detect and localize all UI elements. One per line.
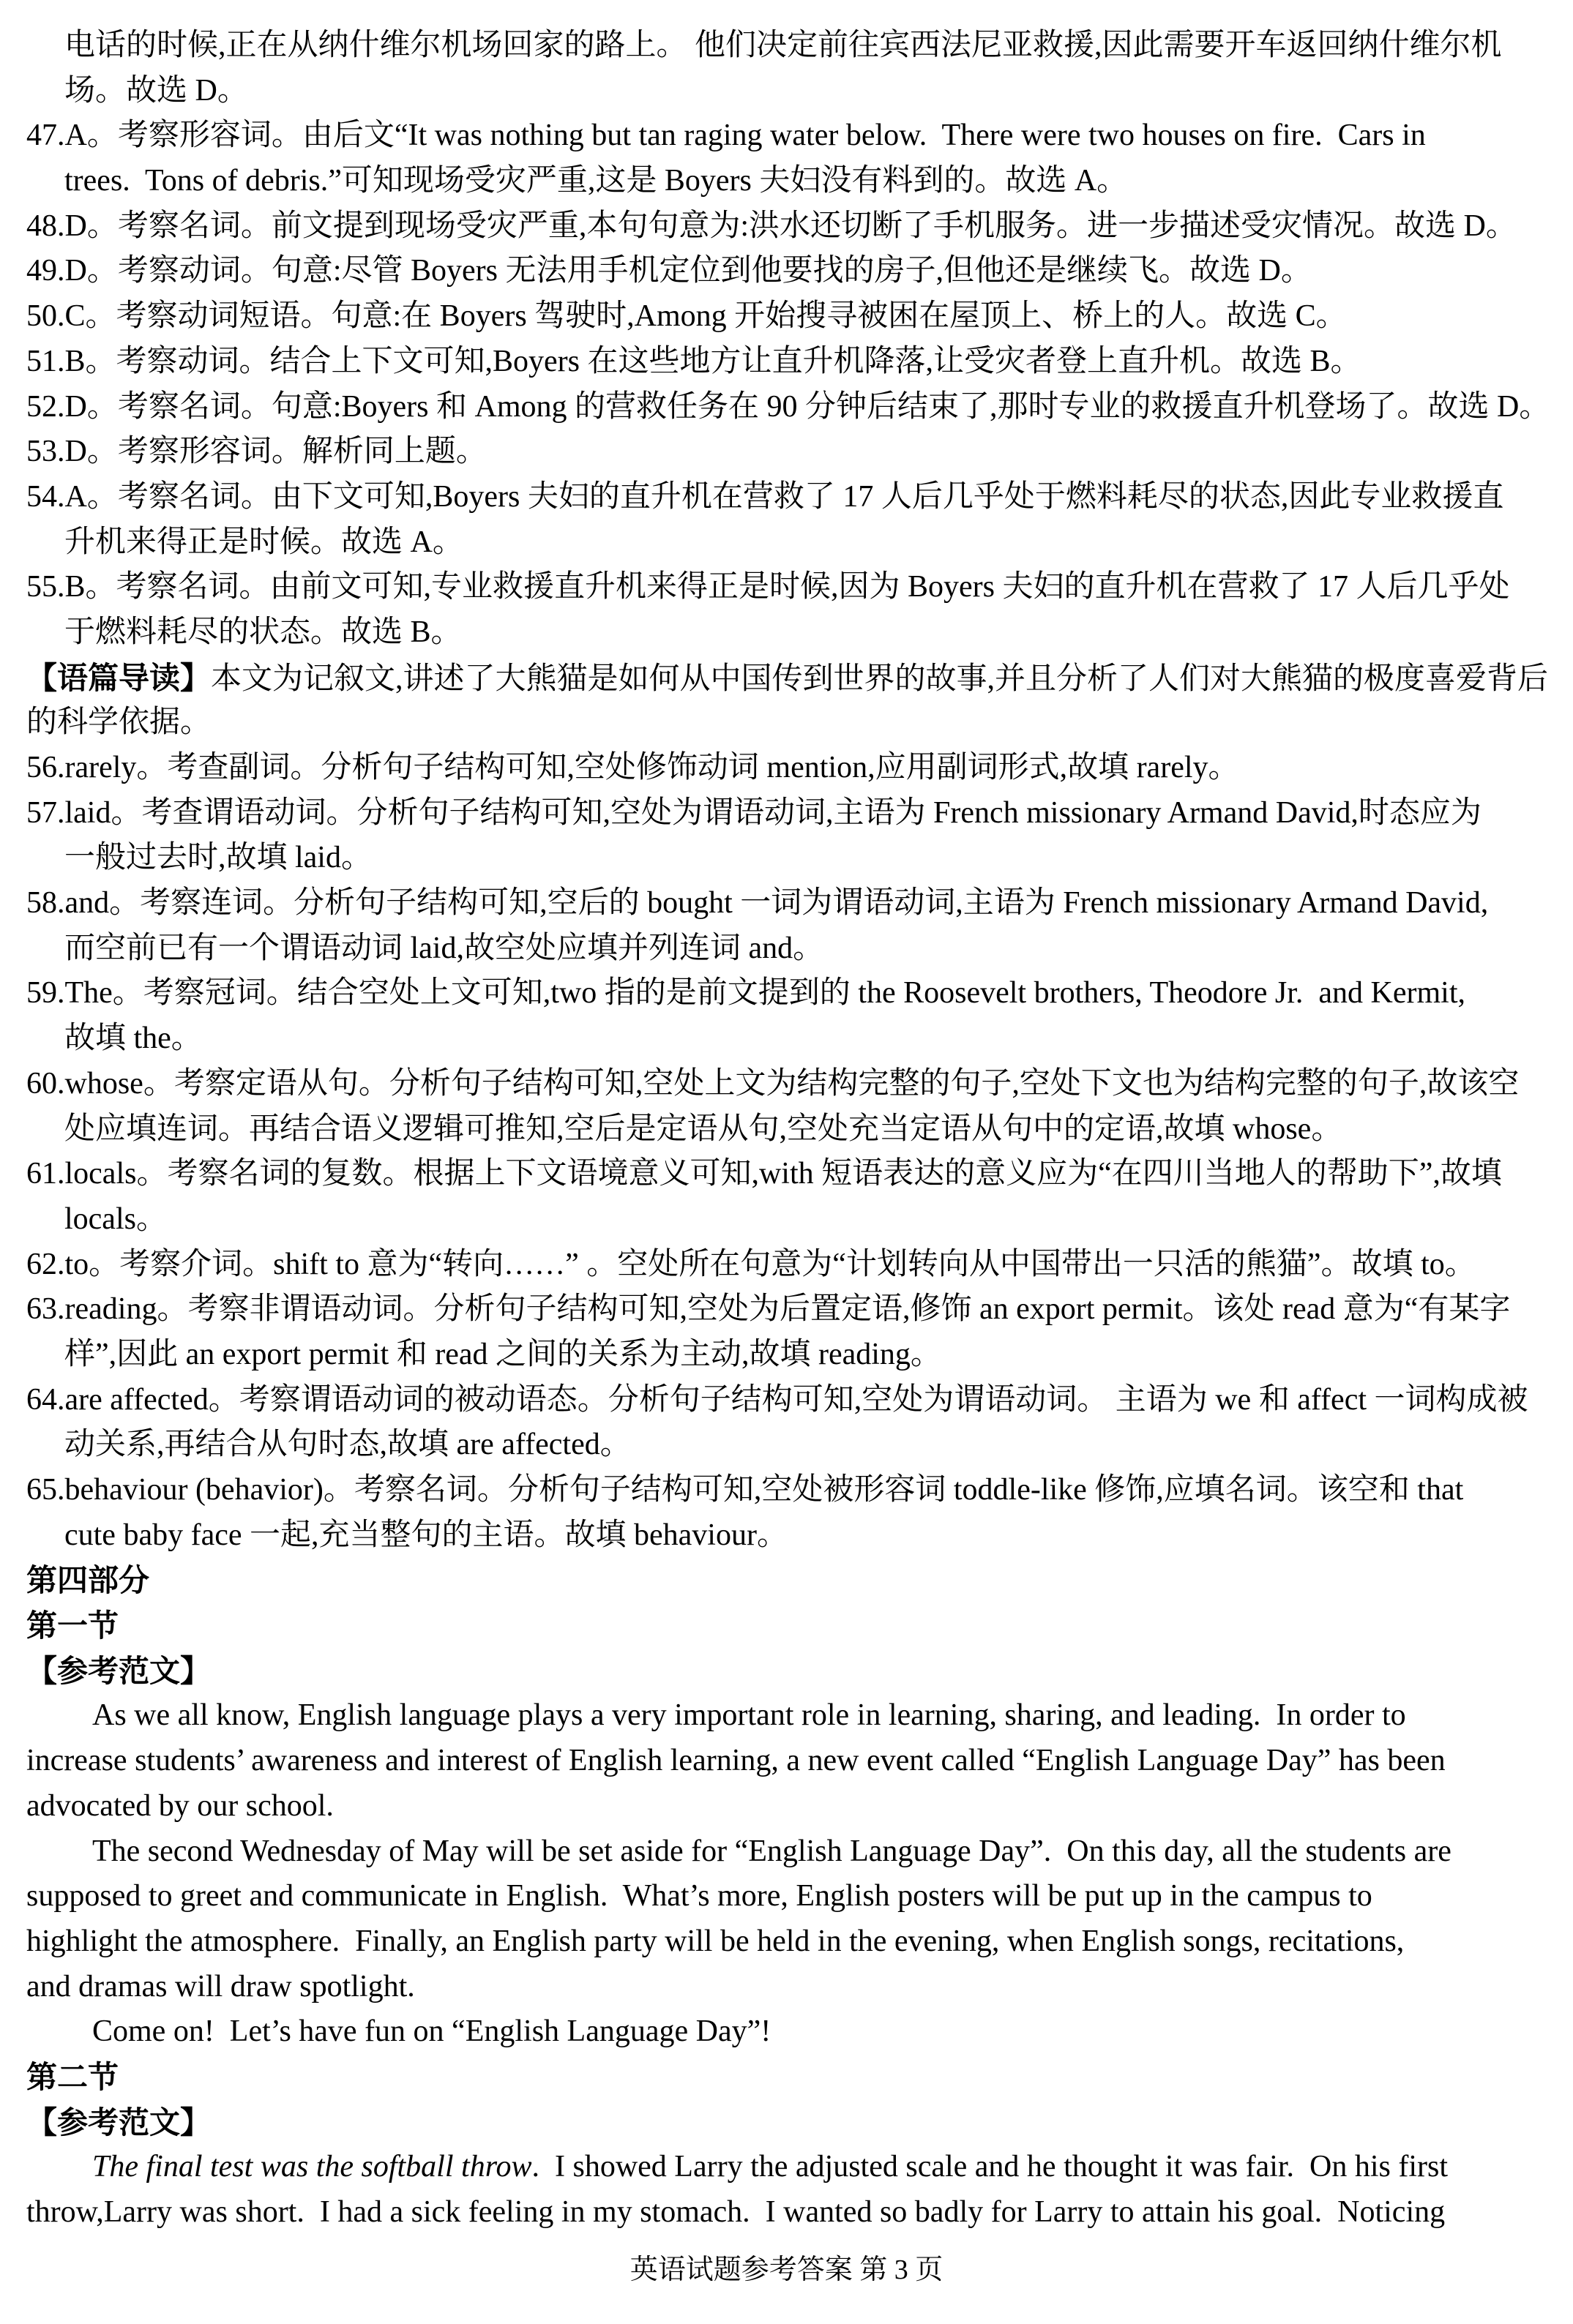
text-segment: 61.locals。考察名词的复数。根据上下文语境意义可知,with 短语表达的… [26, 1157, 1502, 1191]
text-segment: 54.A。考察名词。由下文可知,Boyers 夫妇的直升机在营救了 17 人后几… [26, 480, 1503, 514]
text-segment: locals。 [64, 1202, 167, 1236]
text-line: 48.D。考察名词。前文提到现场受灾严重,本句句意为:洪水还切断了手机服务。进一… [26, 204, 1544, 250]
text-segment: cute baby face 一起,充当整句的主语。故填 behaviour。 [64, 1518, 788, 1552]
text-line: The second Wednesday of May will be set … [26, 1829, 1544, 1875]
text-segment: 升机来得正是时候。故选 A。 [64, 525, 463, 559]
text-segment: increase students’ awareness and interes… [26, 1744, 1446, 1777]
text-segment: supposed to greet and communicate in Eng… [26, 1879, 1372, 1913]
text-segment: 59.The。考察冠词。结合空处上文可知,two 指的是前文提到的 the Ro… [26, 976, 1465, 1010]
text-line: 样”,因此 an export permit 和 read 之间的关系为主动,故… [26, 1332, 1544, 1378]
bold-heading-text: 第二节 [26, 2060, 119, 2094]
text-segment: 于燃料耗尽的状态。故选 B。 [64, 615, 462, 649]
text-line: 第二节 [26, 2055, 1544, 2100]
text-segment: 一般过去时,故填 laid。 [64, 841, 372, 874]
bold-heading-text: 第一节 [26, 1608, 119, 1643]
text-segment: throw,Larry was short. I had a sick feel… [26, 2195, 1445, 2229]
text-line: throw,Larry was short. I had a sick feel… [26, 2190, 1544, 2235]
text-segment: 53.D。考察形容词。解析同上题。 [26, 435, 487, 468]
text-segment: 52.D。考察名词。句意:Boyers 和 Among 的营救任务在 90 分钟… [26, 390, 1550, 424]
text-line: 49.D。考察动词。句意:尽管 Boyers 无法用手机定位到他要找的房子,但他… [26, 249, 1544, 294]
text-line: 故填 the。 [26, 1016, 1544, 1062]
text-segment: 样”,因此 an export permit 和 read 之间的关系为主动,故… [64, 1338, 941, 1371]
italic-text: The final test was the softball throw [92, 2150, 532, 2184]
text-line: 于燃料耗尽的状态。故选 B。 [26, 610, 1544, 656]
text-segment: highlight the atmosphere. Finally, an En… [26, 1924, 1404, 1958]
text-line: 50.C。考察动词短语。句意:在 Boyers 驾驶时,Among 开始搜寻被困… [26, 294, 1544, 340]
text-line: and dramas will draw spotlight. [26, 1965, 1544, 2010]
text-segment: 57.laid。考查谓语动词。分析句子结构可知,空处为谓语动词,主语为 Fren… [26, 796, 1482, 830]
page-footer: 英语试题参考答案 第 3 页 [0, 2252, 1573, 2287]
text-line: 62.to。考察介词。shift to 意为“转向……” 。空处所在句意为“计划… [26, 1242, 1544, 1288]
text-line: 60.whose。考察定语从句。分析句子结构可知,空处上文为结构完整的句子,空处… [26, 1062, 1544, 1107]
text-line: 场。故选 D。 [26, 69, 1544, 114]
bold-heading-text: 【参考范文】 [26, 2105, 211, 2140]
text-line: increase students’ awareness and interes… [26, 1739, 1544, 1784]
text-line: 的科学依据。 [26, 700, 1544, 746]
text-segment: 65.behaviour (behavior)。考察名词。分析句子结构可知,空处… [26, 1473, 1463, 1507]
text-line: 第四部分 [26, 1558, 1544, 1603]
text-line: 59.The。考察冠词。结合空处上文可知,two 指的是前文提到的 the Ro… [26, 971, 1544, 1016]
text-line: 52.D。考察名词。句意:Boyers 和 Among 的营救任务在 90 分钟… [26, 385, 1544, 430]
text-line: advocated by our school. [26, 1784, 1544, 1829]
text-line: 53.D。考察形容词。解析同上题。 [26, 430, 1544, 475]
bold-heading-text: 第四部分 [26, 1563, 149, 1597]
text-segment: 47.A。考察形容词。由后文“It was nothing but tan ra… [26, 119, 1426, 152]
text-line: 58.and。考察连词。分析句子结构可知,空后的 bought 一词为谓语动词,… [26, 881, 1544, 926]
bold-heading-text: 【参考范文】 [26, 1654, 211, 1688]
text-line: 而空前已有一个谓语动词 laid,故空处应填并列连词 and。 [26, 926, 1544, 972]
text-segment: 49.D。考察动词。句意:尽管 Boyers 无法用手机定位到他要找的房子,但他… [26, 254, 1312, 288]
text-segment: 的科学依据。 [26, 705, 211, 739]
text-segment: Come on! Let’s have fun on “English Lang… [92, 2014, 771, 2048]
text-segment: 50.C。考察动词短语。句意:在 Boyers 驾驶时,Among 开始搜寻被困… [26, 299, 1347, 333]
text-segment: 56.rarely。考查副词。分析句子结构可知,空处修饰动词 mention,应… [26, 751, 1239, 784]
bold-heading-text: 【语篇导读】 [26, 661, 211, 695]
text-segment: 60.whose。考察定语从句。分析句子结构可知,空处上文为结构完整的句子,空处… [26, 1067, 1519, 1101]
text-line: 电话的时候,正在从纳什维尔机场回家的路上。 他们决定前往宾西法尼亚救援,因此需要… [26, 23, 1544, 69]
text-segment: 51.B。考察动词。结合上下文可知,Boyers 在这些地方让直升机降落,让受灾… [26, 345, 1361, 378]
text-segment: 场。故选 D。 [64, 74, 248, 108]
text-line: 【参考范文】 [26, 2100, 1544, 2145]
text-line: 61.locals。考察名词的复数。根据上下文语境意义可知,with 短语表达的… [26, 1152, 1544, 1197]
text-segment: 处应填连词。再结合语义逻辑可推知,空后是定语从句,空处充当定语从句中的定语,故填… [64, 1112, 1342, 1146]
text-segment: . I showed Larry the adjusted scale and … [532, 2150, 1449, 2184]
text-segment: 62.to。考察介词。shift to 意为“转向……” 。空处所在句意为“计划… [26, 1248, 1476, 1281]
text-segment: trees. Tons of debris.”可知现场受灾严重,这是 Boyer… [64, 164, 1127, 198]
exam-answer-page: 电话的时候,正在从纳什维尔机场回家的路上。 他们决定前往宾西法尼亚救援,因此需要… [0, 0, 1573, 2324]
text-line: 升机来得正是时候。故选 A。 [26, 520, 1544, 566]
text-line: 47.A。考察形容词。由后文“It was nothing but tan ra… [26, 113, 1544, 159]
text-line: The final test was the softball throw. I… [26, 2145, 1544, 2190]
text-line: 一般过去时,故填 laid。 [26, 836, 1544, 881]
text-line: 65.behaviour (behavior)。考察名词。分析句子结构可知,空处… [26, 1468, 1544, 1513]
text-line: locals。 [26, 1197, 1544, 1242]
text-segment: 58.and。考察连词。分析句子结构可知,空后的 bought 一词为谓语动词,… [26, 886, 1488, 920]
text-segment: 64.are affected。考察谓语动词的被动语态。分析句子结构可知,空处为… [26, 1383, 1528, 1417]
text-segment: 故填 the。 [64, 1022, 202, 1055]
text-line: trees. Tons of debris.”可知现场受灾严重,这是 Boyer… [26, 159, 1544, 204]
text-line: 54.A。考察名词。由下文可知,Boyers 夫妇的直升机在营救了 17 人后几… [26, 475, 1544, 520]
text-line: cute baby face 一起,充当整句的主语。故填 behaviour。 [26, 1513, 1544, 1559]
text-line: 57.laid。考查谓语动词。分析句子结构可知,空处为谓语动词,主语为 Fren… [26, 791, 1544, 836]
text-segment: and dramas will draw spotlight. [26, 1970, 415, 2003]
text-segment: The second Wednesday of May will be set … [92, 1834, 1451, 1868]
text-line: supposed to greet and communicate in Eng… [26, 1874, 1544, 1919]
text-line: 【参考范文】 [26, 1649, 1544, 1694]
text-line: 64.are affected。考察谓语动词的被动语态。分析句子结构可知,空处为… [26, 1378, 1544, 1423]
text-line: 55.B。考察名词。由前文可知,专业救援直升机来得正是时候,因为 Boyers … [26, 565, 1544, 610]
text-line: 第一节 [26, 1603, 1544, 1649]
text-segment: advocated by our school. [26, 1789, 334, 1823]
text-segment: As we all know, English language plays a… [92, 1698, 1406, 1732]
text-segment: 动关系,再结合从句时态,故填 are affected。 [64, 1428, 631, 1461]
text-line: highlight the atmosphere. Finally, an En… [26, 1919, 1544, 1965]
text-line: 51.B。考察动词。结合上下文可知,Boyers 在这些地方让直升机降落,让受灾… [26, 340, 1544, 385]
text-line: As we all know, English language plays a… [26, 1693, 1544, 1739]
text-line: 处应填连词。再结合语义逻辑可推知,空后是定语从句,空处充当定语从句中的定语,故填… [26, 1107, 1544, 1152]
text-line: 【语篇导读】本文为记叙文,讲述了大熊猫是如何从中国传到世界的故事,并且分析了人们… [26, 656, 1544, 701]
text-line: 63.reading。考察非谓语动词。分析句子结构可知,空处为后置定语,修饰 a… [26, 1287, 1544, 1332]
text-segment: 电话的时候,正在从纳什维尔机场回家的路上。 他们决定前往宾西法尼亚救援,因此需要… [64, 29, 1502, 62]
answer-text-block: 电话的时候,正在从纳什维尔机场回家的路上。 他们决定前往宾西法尼亚救援,因此需要… [0, 0, 1573, 2235]
text-segment: 48.D。考察名词。前文提到现场受灾严重,本句句意为:洪水还切断了手机服务。进一… [26, 209, 1517, 243]
text-segment: 63.reading。考察非谓语动词。分析句子结构可知,空处为后置定语,修饰 a… [26, 1292, 1510, 1326]
text-segment: 而空前已有一个谓语动词 laid,故空处应填并列连词 and。 [64, 932, 823, 965]
text-segment: 55.B。考察名词。由前文可知,专业救援直升机来得正是时候,因为 Boyers … [26, 570, 1510, 604]
text-line: 动关系,再结合从句时态,故填 are affected。 [26, 1422, 1544, 1468]
text-line: 56.rarely。考查副词。分析句子结构可知,空处修饰动词 mention,应… [26, 746, 1544, 791]
text-segment: 本文为记叙文,讲述了大熊猫是如何从中国传到世界的故事,并且分析了人们对大熊猫的极… [211, 662, 1548, 696]
text-line: Come on! Let’s have fun on “English Lang… [26, 2009, 1544, 2055]
